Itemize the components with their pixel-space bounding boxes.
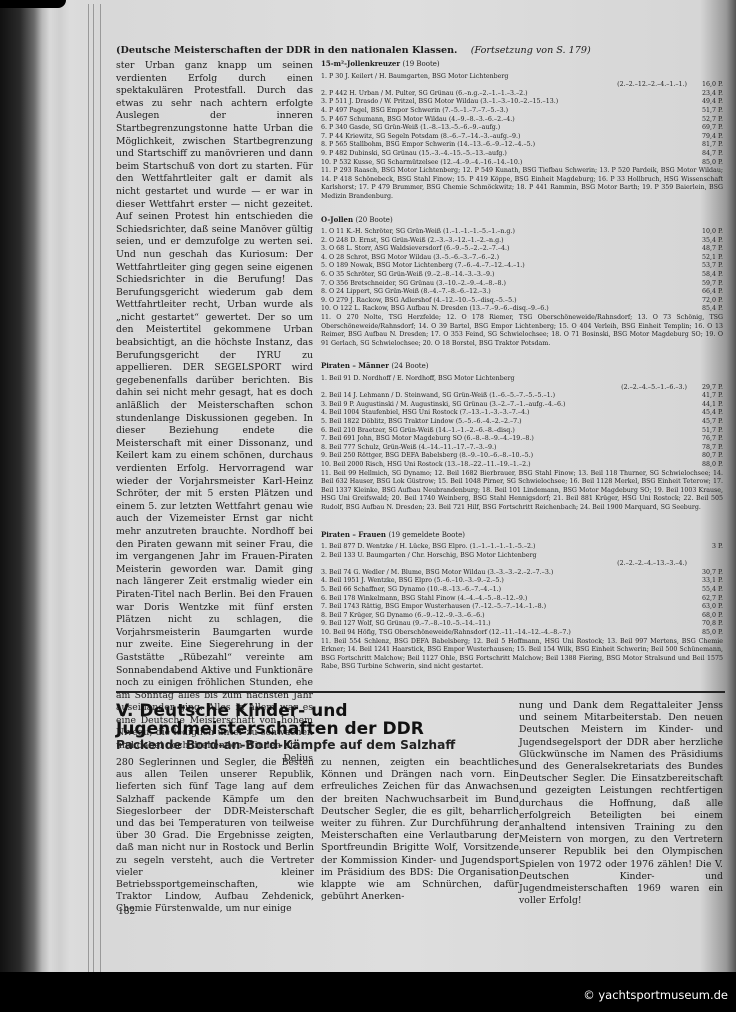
result-row: 4. P 497 Pagel, BSG Empor Schwerin (7.–5… (321, 107, 723, 116)
result-row: 3. P 511 J. Drasdo / W. Pritzel, BSG Mot… (321, 98, 723, 107)
result-row: 4. O 28 Schrot, BSG Motor Wildau (3.–5.–… (321, 254, 723, 263)
result-row: 10. P 532 Kusse, SG Scharmützelsee (12.–… (321, 159, 723, 168)
header-title: (Deutsche Meisterschaften der DDR in den… (116, 45, 457, 56)
section-title: O-Jollen (20 Boote) (321, 216, 723, 225)
result-row: 8. O 24 Lippert, SG Grün-Weiß (8.–4.–7.–… (321, 288, 723, 297)
result-row: 6. Beil 210 Braetzer, SG Grün-Weiß (14.–… (321, 427, 723, 436)
section-title: Piraten – Frauen (19 gemeldete Boote) (321, 531, 723, 540)
page-edge-line (100, 4, 101, 972)
result-row: 6. Beil 178 Winkelmann, BSG Stahl Finow … (321, 595, 723, 604)
article2-column-1: 280 Seglerinnen und Segler, die Besten a… (116, 757, 314, 916)
results-remaining: 11. O 270 Nolte, TSG Herzfelde; 12. O 17… (321, 314, 723, 348)
result-row: 2. Beil 133 U. Baumgarten / Chr. Horschi… (321, 552, 723, 561)
result-row: 10. Beil 2000 Risch, HSG Uni Rostock (13… (321, 461, 723, 470)
header-continuation: (Fortsetzung von S. 179) (471, 45, 591, 56)
results-section-piraten-maenner: Piraten – Männer (24 Boote) 1. Beil 91 D… (321, 362, 723, 512)
page-header: (Deutsche Meisterschaften der DDR in den… (116, 45, 591, 56)
result-row: 2. O 248 D. Ernst, SG Grün-Weiß (2.–3.–3… (321, 237, 723, 246)
result-row: 7. Beil 691 John, BSG Motor Magdeburg SO… (321, 435, 723, 444)
section-divider (116, 691, 725, 693)
article2-column-2: zu nennen, zeigten ein beachtliches Könn… (321, 757, 519, 903)
result-row: 1. Beil 91 D. Nordhoff / E. Nordhoff, BS… (321, 375, 723, 384)
article-text: ster Urban ganz knapp um seinen verdient… (116, 60, 313, 751)
result-row: 4. Beil 1004 Staufenbiel, HSG Uni Rostoc… (321, 409, 723, 418)
results-remaining: 11. Beil 99 Hellmich, SG Dynamo; 12. Bei… (321, 470, 723, 513)
result-row: 8. P 565 Stallbohm, BSG Empor Schwerin (… (321, 141, 723, 150)
article-body-left-column: ster Urban ganz knapp um seinen verdient… (116, 60, 313, 765)
results-column: 15-m²-Jollenkreuzer (19 Boote) 1. P 30 J… (321, 60, 723, 672)
result-row: 8. Beil 7 Krüger, SG Dynamo (6.–9.–12.–9… (321, 612, 723, 621)
result-row: 6. O 35 Schröter, SG Grün-Weiß (9.–2.–8.… (321, 271, 723, 280)
page-corner (0, 0, 66, 8)
article-headline: V. Deutsche Kinder- und Jugendmeistersch… (116, 702, 516, 738)
result-row: 5. Beil 1822 Döblitz, BSG Traktor Lindow… (321, 418, 723, 427)
results-section-jollenkreuzer: 15-m²-Jollenkreuzer (19 Boote) 1. P 30 J… (321, 60, 723, 202)
page-edge-line (88, 4, 89, 972)
results-remaining: 11. P 293 Raasch, BSG Motor Lichtenberg;… (321, 167, 723, 201)
article-subheadline: Packende Bord-an-Bord-Kämpfe auf dem Sal… (116, 738, 516, 752)
result-row: 10. O 122 L. Rackow, BSG Aufbau N. Dresd… (321, 305, 723, 314)
result-row: 8. Beil 777 Schulz, Grün-Weiß (4.–14.–11… (321, 444, 723, 453)
magazine-page: (Deutsche Meisterschaften der DDR in den… (0, 0, 736, 972)
result-row: 5. Beil 66 Schaffner, SG Dynamo (10.–8.–… (321, 586, 723, 595)
result-row: 9. O 279 J. Rackow, BSG Adlershof (4.–12… (321, 297, 723, 306)
results-section-o-jollen: O-Jollen (20 Boote) 1. O 11 K.-H. Schröt… (321, 216, 723, 349)
result-row: 5. O 189 Nowak, BSG Motor Lichtenberg (7… (321, 262, 723, 271)
article2-column-3: nung und Dank dem Regattaleiter Jenss un… (519, 700, 723, 907)
result-row-scores: (2.–2.–2.–4.–13.–3.–4.) (321, 560, 723, 569)
result-row: 9. Beil 250 Röttger, BSG DEFA Babelsberg… (321, 452, 723, 461)
result-row: 7. P 44 Kriewitz, SG Segeln Potsdam (8.–… (321, 133, 723, 142)
result-row: 1. O 11 K.-H. Schröter, SG Grün-Weiß (1.… (321, 228, 723, 237)
result-row-scores: (2.–2.–12.–2.–4.–1.–1.)16,0 P. (321, 81, 723, 90)
page-edge-line (93, 4, 94, 972)
result-row: 10. Beil 94 Höfig, TSG Oberschöneweide/R… (321, 629, 723, 638)
result-row: 2. P 442 H. Urban / M. Pulter, SG Grünau… (321, 90, 723, 99)
result-row: 2. Beil 14 J. Lehmann / D. Steinwand, SG… (321, 392, 723, 401)
result-row: 9. P 482 Dubinski, SG Grünau (15.–3.–4.–… (321, 150, 723, 159)
section-title: Piraten – Männer (24 Boote) (321, 362, 723, 371)
result-row: 9. Beil 127 Wolf, SG Grünau (9.–7.–8.–10… (321, 620, 723, 629)
results-remaining: 11. Beil 554 Schlenz, BSG DEFA Babelsber… (321, 638, 723, 672)
result-row: 1. P 30 J. Keilert / H. Baumgarten, BSG … (321, 73, 723, 82)
result-row: 1. Beil 877 D. Wentzke / H. Lücke, BSG E… (321, 543, 723, 552)
result-row: 6. P 340 Gasde, SG Grün-Weiß (1.–8.–13.–… (321, 124, 723, 133)
section-title: 15-m²-Jollenkreuzer (19 Boote) (321, 60, 723, 69)
copyright-watermark: © yachtsportmuseum.de (583, 988, 728, 1002)
result-row-scores: (2.–2.–4.–5.–1.–6.–3.)29,7 P. (321, 384, 723, 393)
result-row: 3. Beil 74 G. Wedler / M. Blume, BSG Mot… (321, 569, 723, 578)
result-row: 3. Beil 9 P. Augustinski / M. Augustinsk… (321, 401, 723, 410)
result-row: 5. P 467 Schumann, BSG Motor Wildau (4.–… (321, 116, 723, 125)
result-row: 4. Beil 1951 J. Wentzke, BSG Elpro (5.–6… (321, 577, 723, 586)
page-number: 182 (118, 907, 135, 917)
result-row: 3. O 68 L. Storr, ASG Waldsieversdorf (6… (321, 245, 723, 254)
results-section-piraten-frauen: Piraten – Frauen (19 gemeldete Boote) 1.… (321, 531, 723, 673)
result-row: 7. Beil 1743 Rättig, BSG Empor Wusterhau… (321, 603, 723, 612)
result-row: 7. O 356 Bretschneider, SG Grünau (3.–10… (321, 280, 723, 289)
